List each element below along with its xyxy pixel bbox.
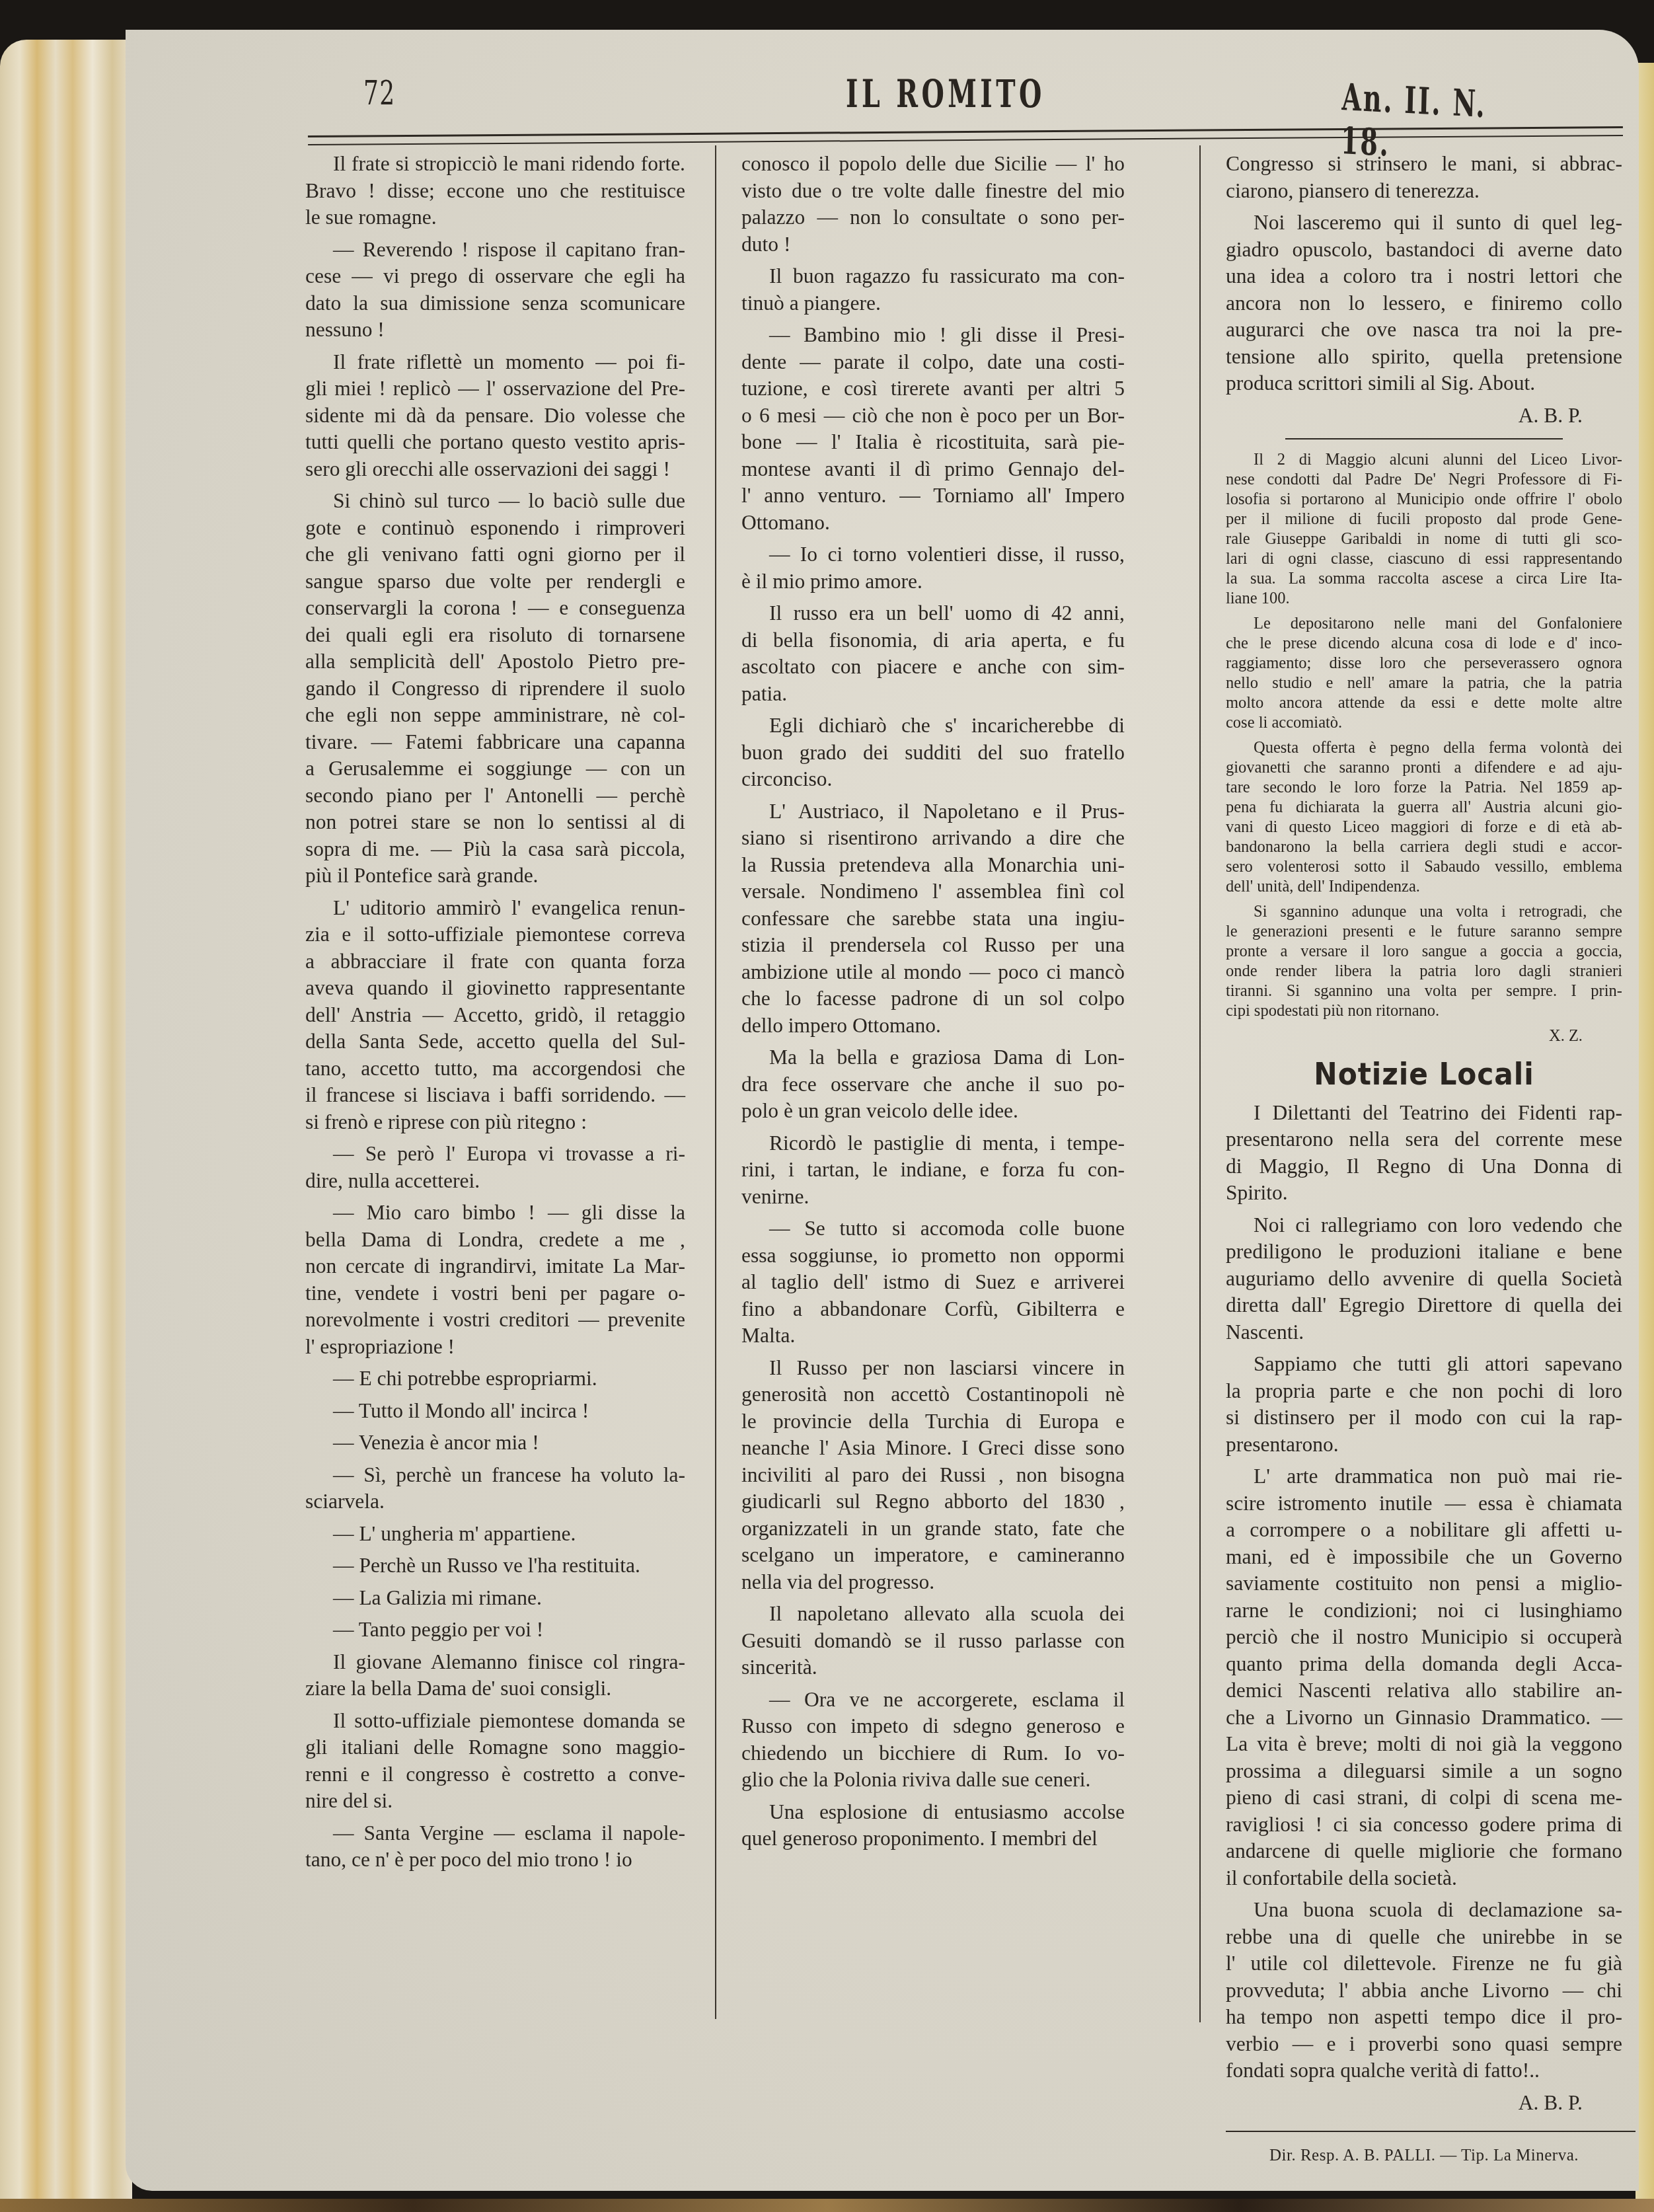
text-line: scire istromento inutile — essa è chiama… (1226, 1490, 1622, 1517)
text-line: al taglio dell' istmo di Suez e arrivere… (741, 1269, 1125, 1296)
text-line: raggiamento; disse loro che perseverasse… (1226, 654, 1622, 673)
paragraph: Il sotto-uffiziale piemontese domanda se… (305, 1708, 685, 1815)
text-line: ciarono, piansero di tenerezza. (1226, 178, 1622, 205)
text-line: liane 100. (1226, 589, 1622, 609)
text-line: bandonarono la bella carriera degli stud… (1226, 837, 1622, 857)
paragraph: Noi lasceremo qui il sunto di quel leg-g… (1226, 210, 1622, 397)
footer-rule (1226, 2131, 1635, 2132)
text-line: — Santa Vergine — esclama il napole- (305, 1820, 685, 1847)
text-line: gote e continuò esponendo i rimproveri (305, 515, 685, 542)
text-line: presentarono. (1226, 1431, 1622, 1459)
text-line: generosità non accettò Costantinopoli nè (741, 1381, 1125, 1408)
text-line: sincerità. (741, 1654, 1125, 1681)
text-line: Spirito. (1226, 1180, 1622, 1207)
text-line: — Bambino mio ! gli disse il Presi- (741, 322, 1125, 349)
text-line: ambizione utile al mondo — poco ci mancò (741, 959, 1125, 986)
masthead: 72 IL ROMITO An. II. N. 18. (301, 66, 1609, 119)
paragraph: L' uditorio ammirò l' evangelica renun-z… (305, 895, 685, 1136)
text-line: tuzione, e così tirerete avanti per altr… (741, 375, 1125, 402)
signature: X. Z. (1226, 1026, 1622, 1046)
text-line: produca scrittori simili al Sig. About. (1226, 370, 1622, 397)
text-line: le sue romagne. (305, 204, 685, 231)
text-line: nire del si. (305, 1788, 685, 1815)
text-line: Malta. (741, 1322, 1125, 1350)
paragraph: Egli dichiarò che s' incaricherebbe dibu… (741, 712, 1125, 793)
paragraph: L' arte drammatica non può mai rie-scire… (1226, 1463, 1622, 1891)
paragraph: Congresso si strinsero le mani, si abbra… (1226, 151, 1622, 204)
text-line: presentarono nella sera del corrente mes… (1226, 1126, 1622, 1153)
text-line: rarne le condizioni; noi ci lusinghiamo (1226, 1597, 1622, 1624)
text-line: ancora non lo lessero, e finiremo collo (1226, 290, 1622, 317)
text-line: dente — parate il colpo, date una costi- (741, 349, 1125, 376)
paragraph: Il frate riflettè un momento — poi fi-gl… (305, 349, 685, 483)
text-line: chiedendo un bicchiere di Rum. Io vo- (741, 1740, 1125, 1767)
text-line: — L' ungheria m' appartiene. (305, 1521, 685, 1548)
text-line: L' uditorio ammirò l' evangelica renun- (305, 895, 685, 922)
text-line: dei quali egli era risoluto di tornarsen… (305, 622, 685, 649)
signature: A. B. P. (1226, 2090, 1622, 2117)
text-line: il francese si lisciava i baffi sorriden… (305, 1082, 685, 1109)
text-line: Egli dichiarò che s' incaricherebbe di (741, 712, 1125, 740)
text-line: le generazioni presenti e le future sara… (1226, 922, 1622, 942)
text-line: visto due o tre volte dalle finestre del… (741, 178, 1125, 205)
text-line: losofia si portarono al Municipio onde o… (1226, 490, 1622, 510)
text-line: aveva quando il giovinetto rappresentant… (305, 975, 685, 1002)
text-line: che lo facesse padrone di un sol colpo (741, 985, 1125, 1012)
text-line: sidente mi dà da pensare. Dio volesse ch… (305, 402, 685, 430)
text-line: renni e il congresso è costretto a conve… (305, 1761, 685, 1788)
text-line: tano, ce n' è per poco del mio trono ! i… (305, 1847, 685, 1874)
text-line: non potrei stare se non lo sentissi al d… (305, 809, 685, 836)
paragraph: Il buon ragazzo fu rassicurato ma con-ti… (741, 263, 1125, 317)
text-line: Il 2 di Maggio alcuni alunni del Liceo L… (1226, 450, 1622, 470)
text-line: — La Galizia mi rimane. (305, 1585, 685, 1612)
text-line: Sappiamo che tutti gli attori sapevano (1226, 1351, 1622, 1378)
text-line: dra fece osservare che anche il suo po- (741, 1071, 1125, 1098)
text-line: Si chinò sul turco — lo baciò sulle due (305, 488, 685, 515)
paragraph: — L' ungheria m' appartiene. (305, 1521, 685, 1548)
text-line: onde render libera la patria loro dagli … (1226, 962, 1622, 981)
column-left: Il frate si stropicciò le mani ridendo f… (305, 151, 685, 1879)
paragraph: — La Galizia mi rimane. (305, 1585, 685, 1612)
text-line: Noi ci rallegriamo con loro vedendo che (1226, 1212, 1622, 1239)
text-line: Una esplosione di entusiasmo accolse (741, 1799, 1125, 1826)
text-line: a corrompere o a nobilitare gli affetti … (1226, 1517, 1622, 1544)
text-line: l' anno venturo. — Torniamo all' Impero (741, 482, 1125, 510)
text-line: gli italiani delle Romagne sono maggio- (305, 1734, 685, 1761)
text-line: di Maggio, Il Regno di Una Donna di (1226, 1153, 1622, 1180)
text-line: nello studio e nell' amare la patria, ch… (1226, 673, 1622, 693)
text-line: diretta dall' Egregio Direttore di quell… (1226, 1292, 1622, 1319)
text-line: — Io ci torno volentieri disse, il russo… (741, 541, 1125, 568)
text-line: Il sotto-uffiziale piemontese domanda se (305, 1708, 685, 1735)
text-line: gando il Congresso di riprendere il suol… (305, 675, 685, 703)
text-line: palazzo — non lo consultate o sono per- (741, 204, 1125, 231)
text-line: cose li accomiatò. (1226, 713, 1622, 733)
text-line: Il napoletano allevato alla scuola dei (741, 1601, 1125, 1628)
text-line: sciarvela. (305, 1488, 685, 1515)
text-line: ascoltato con piacere e anche con sim- (741, 654, 1125, 681)
paragraph: Una buona scuola di declamazione sa-rebb… (1226, 1897, 1622, 2084)
paragraph: — Mio caro bimbo ! — gli disse labella D… (305, 1200, 685, 1360)
text-line: dell' unità, dell' Indipendenza. (1226, 877, 1622, 897)
text-line: — E chi potrebbe espropriarmi. (305, 1365, 685, 1392)
text-line: — Se però l' Europa vi trovasse a ri- (305, 1141, 685, 1168)
column-right: Congresso si strinsero le mani, si abbra… (1226, 151, 1622, 2170)
text-line: Bravo ! disse; eccone uno che restituisc… (305, 178, 685, 205)
text-line: perciò che il nostro Municipio si occupe… (1226, 1624, 1622, 1651)
text-line: Ma la bella e graziosa Dama di Lon- (741, 1044, 1125, 1071)
book-page-edges (0, 40, 132, 2207)
text-line: la Russia pretendeva alla Monarchia uni- (741, 852, 1125, 879)
text-line: vani di questo Liceo maggiori di forze e… (1226, 818, 1622, 837)
text-line: conservargli la corona ! — e conseguenza (305, 595, 685, 622)
text-line: Il giovane Alemanno finisce col ringra- (305, 1649, 685, 1676)
text-line: — Ora ve ne accorgerete, esclama il (741, 1687, 1125, 1714)
text-line: tano, accetto tutto, ma accorgendosi che (305, 1055, 685, 1083)
text-line: la sua. La somma raccolta ascese a circa… (1226, 569, 1622, 589)
text-line: buon grado dei sudditi del suo fratello (741, 740, 1125, 767)
text-line: che le prese dicendo alcuna cosa di lode… (1226, 634, 1622, 654)
article-local-news: I Dilettanti del Teatrino dei Fidenti ra… (1226, 1100, 1622, 2084)
text-line: che a Livorno un Ginnasio Drammatico. — (1226, 1704, 1622, 1732)
paragraph: Si chinò sul turco — lo baciò sulle dueg… (305, 488, 685, 890)
text-line: la propria parte e che non pochi di loro (1226, 1378, 1622, 1405)
text-line: — Sì, perchè un francese ha voluto la- (305, 1462, 685, 1489)
text-line: Russo con impeto di sdegno generoso e (741, 1713, 1125, 1740)
text-line: giovanetti che saranno pronti a difender… (1226, 758, 1622, 778)
text-line: I Dilettanti del Teatrino dei Fidenti ra… (1226, 1100, 1622, 1127)
text-line: nese condotti dal Padre De' Negri Profes… (1226, 470, 1622, 490)
text-line: gli miei ! replicò — l' osservazione del… (305, 375, 685, 402)
text-line: prossima a dileguarsi simile a un sogno (1226, 1758, 1622, 1785)
text-line: della Santa Sede, accetto quella del Sul… (305, 1028, 685, 1055)
paragraph: — Tutto il Mondo all' incirca ! (305, 1398, 685, 1425)
text-line: sangue sparso due volte per rendergli e (305, 568, 685, 595)
text-line: si distinsero per il modo con cui la rap… (1226, 1404, 1622, 1431)
paragraph: — Santa Vergine — esclama il napole-tano… (305, 1820, 685, 1874)
text-line: secondo piano per l' Antonelli — perchè (305, 782, 685, 810)
text-line: Il frate riflettè un momento — poi fi- (305, 349, 685, 376)
text-line: dello impero Ottomano. (741, 1012, 1125, 1040)
text-line: rebbe una di quelle che unirebbe in se (1226, 1924, 1622, 1951)
text-line: — Se tutto si accomoda colle buone (741, 1215, 1125, 1242)
text-line: polo è un gran veicolo delle idee. (741, 1098, 1125, 1125)
text-line: saviamente costituito non pensi a miglio… (1226, 1570, 1622, 1597)
text-line: — Perchè un Russo ve l'ha restituita. (305, 1552, 685, 1580)
text-line: organizzateli in un grande stato, fate c… (741, 1515, 1125, 1543)
text-line: tivare. — Fatemi fabbricare una capanna (305, 729, 685, 756)
paragraph: Si sgannino adunque una volta i retrogra… (1226, 902, 1622, 1021)
text-line: augurarci che ove nasca tra noi la pre- (1226, 317, 1622, 344)
text-line: bone — l' Italia è ricostituita, sarà pi… (741, 429, 1125, 456)
paragraph: Il giovane Alemanno finisce col ringra-z… (305, 1649, 685, 1702)
text-line: venirne. (741, 1184, 1125, 1211)
paragraph: — Se tutto si accomoda colle buoneessa s… (741, 1215, 1125, 1350)
text-line: essa soggiunse, io prometto non oppormi (741, 1242, 1125, 1270)
text-line: dire, nulla accetterei. (305, 1168, 685, 1195)
text-line: Il frate si stropicciò le mani ridendo f… (305, 151, 685, 178)
text-line: tinuò a piangere. (741, 290, 1125, 317)
text-line: Ottomano. (741, 510, 1125, 537)
text-line: patia. (741, 681, 1125, 708)
text-line: dato la sua dimissione senza scomunicare (305, 290, 685, 317)
text-line: verbio — e i proverbi sono quasi sempre (1226, 2031, 1622, 2058)
text-line: rale Giuseppe Garibaldi in nome di tutti… (1226, 529, 1622, 549)
column-divider (1199, 145, 1201, 2022)
paragraph: Il russo era un bell' uomo di 42 anni,di… (741, 600, 1125, 707)
text-line: Il buon ragazzo fu rassicurato ma con- (741, 263, 1125, 290)
paragraph: — Ora ve ne accorgerete, esclama ilRusso… (741, 1687, 1125, 1794)
text-line: per il milione di fucili proposto dal pr… (1226, 510, 1622, 529)
text-line: — Tanto peggio per voi ! (305, 1617, 685, 1644)
paragraph: — Sì, perchè un francese ha voluto la-sc… (305, 1462, 685, 1515)
column-middle: conosco il popolo delle due Sicilie — l'… (741, 151, 1125, 1858)
text-line: a abbracciare il frate con quanta forza (305, 948, 685, 975)
paragraph: — Tanto peggio per voi ! (305, 1617, 685, 1644)
text-line: Noi lasceremo qui il sunto di quel leg- (1226, 210, 1622, 237)
paragraph: Le depositarono nelle mani del Gonfaloni… (1226, 614, 1622, 733)
text-line: — Mio caro bimbo ! — gli disse la (305, 1200, 685, 1227)
text-line: L' arte drammatica non può mai rie- (1226, 1463, 1622, 1490)
text-line: fondati sopra qualche verità di fatto!.. (1226, 2057, 1622, 2084)
text-line: — Reverendo ! rispose il capitano fran- (305, 237, 685, 264)
text-line: più il Pontefice sarà grande. (305, 862, 685, 890)
text-line: si frenò e riprese con più ritegno : (305, 1109, 685, 1136)
text-line: montese avanti il dì primo Gennajo del- (741, 456, 1125, 483)
text-line: Le depositarono nelle mani del Gonfaloni… (1226, 614, 1622, 634)
paragraph: Il 2 di Maggio alcuni alunni del Liceo L… (1226, 450, 1622, 609)
text-line: prediligono le produzioni italiane e ben… (1226, 1239, 1622, 1266)
article-continuation: Congresso si strinsero le mani, si abbra… (1226, 151, 1622, 397)
paragraph: Ricordò le pastiglie di menta, i tempe-r… (741, 1130, 1125, 1211)
paragraph: I Dilettanti del Teatrino dei Fidenti ra… (1226, 1100, 1622, 1207)
text-line: cipi spodestati più non ritornano. (1226, 1001, 1622, 1021)
text-line: che egli non seppe amministrare, nè col- (305, 702, 685, 729)
text-line: tare secondo le loro forze la Patria. Ne… (1226, 778, 1622, 798)
text-line: Nascenti. (1226, 1319, 1622, 1346)
paragraph: — Venezia è ancor mia ! (305, 1430, 685, 1457)
signature: A. B. P. (1226, 402, 1622, 430)
text-line: rini, i tartan, le indiane, e forza fu c… (741, 1157, 1125, 1184)
text-line: le provincie della Turchia di Europa e (741, 1408, 1125, 1435)
paragraph: Noi ci rallegriamo con loro vedendo chep… (1226, 1212, 1622, 1346)
text-line: tiranni. Si sgannino una volta per sempr… (1226, 981, 1622, 1001)
text-line: molto ancora attende da essi e dette mol… (1226, 693, 1622, 713)
text-line: — Venezia è ancor mia ! (305, 1430, 685, 1457)
paragraph: Questa offerta è pegno della ferma volon… (1226, 738, 1622, 897)
paragraph: Il Russo per non lasciarsi vincere ingen… (741, 1355, 1125, 1596)
paragraph: — Perchè un Russo ve l'ha restituita. (305, 1552, 685, 1580)
text-line: tine, vendete i vostri beni per pagare o… (305, 1280, 685, 1307)
paragraph: — Reverendo ! rispose il capitano fran-c… (305, 237, 685, 344)
text-line: Si sgannino adunque una volta i retrogra… (1226, 902, 1622, 922)
text-line: Il russo era un bell' uomo di 42 anni, (741, 600, 1125, 627)
paragraph: conosco il popolo delle due Sicilie — l'… (741, 151, 1125, 258)
text-line: confessare che sarebbe stata una ingiu- (741, 905, 1125, 933)
text-line: zia e il sotto-uffiziale piemontese corr… (305, 921, 685, 948)
text-line: l' utile col dilettevole. Firenze ne fu … (1226, 1950, 1622, 1977)
text-line: scelgano un imperatore, e camineranno (741, 1542, 1125, 1569)
article-liceo-offering: Il 2 di Maggio alcuni alunni del Liceo L… (1226, 450, 1622, 1021)
text-line: sopra di me. — Più la casa sarà piccola, (305, 836, 685, 863)
text-line: tutti quelli che portano questo vestito … (305, 429, 685, 456)
text-line: o 6 mesi — ciò che non è poco per un Bor… (741, 402, 1125, 430)
text-line: giadro opuscolo, bastandoci di averne da… (1226, 237, 1622, 264)
section-separator (1285, 438, 1563, 439)
text-line: Gesuiti domandò se il russo parlasse con (741, 1628, 1125, 1655)
text-line: Ricordò le pastiglie di menta, i tempe- (741, 1130, 1125, 1157)
section-heading: Notizie Locali (1242, 1061, 1606, 1088)
text-line: andarcene di quelle migliorie che forman… (1226, 1838, 1622, 1865)
text-line: l' espropriazione ! (305, 1334, 685, 1361)
text-line: Questa offerta è pegno della ferma volon… (1226, 738, 1622, 758)
newspaper-title: IL ROMITO (846, 71, 1045, 116)
text-line: La vita è breve; molti di noi già la veg… (1226, 1731, 1622, 1758)
text-line: che gli venivano fatti ogni giorno per i… (305, 541, 685, 568)
paragraph: Il napoletano allevato alla scuola deiGe… (741, 1601, 1125, 1681)
text-line: ha tempo non aspetti tempo dice il pro- (1226, 2004, 1622, 2031)
text-line: stizia il prendersela col Russo per una (741, 932, 1125, 959)
paragraph: — Bambino mio ! gli disse il Presi-dente… (741, 322, 1125, 536)
text-line: demici Nascenti relativa allo stabilire … (1226, 1677, 1622, 1704)
text-line: glio che la Polonia riviva dalle sue cen… (741, 1767, 1125, 1794)
text-line: nella via del progresso. (741, 1569, 1125, 1596)
text-line: pena fu dichiarata la guerra all' Austri… (1226, 798, 1622, 818)
text-line: auguriamo dello avvenire di quella Socie… (1226, 1266, 1622, 1293)
text-line: circonciso. (741, 766, 1125, 793)
paragraph: L' Austriaco, il Napoletano e il Prus-si… (741, 798, 1125, 1040)
text-line: inciviliti al paro dei Russi , non bisog… (741, 1462, 1125, 1489)
text-line: versale. Nondimeno l' assemblea finì col (741, 878, 1125, 905)
text-line: sero gli orecchi alle osservazioni dei s… (305, 456, 685, 483)
text-line: Congresso si strinsero le mani, si abbra… (1226, 151, 1622, 178)
text-line: alla semplicità dell' Apostolo Pietro pr… (305, 648, 685, 675)
text-line: norevolmente i vostri creditori — preven… (305, 1307, 685, 1334)
text-line: fino a abbandonare Corfù, Gibilterra e (741, 1296, 1125, 1323)
paragraph: Una esplosione di entusiasmo accolsequel… (741, 1799, 1125, 1852)
text-line: tensione allo spirito, quella pretension… (1226, 344, 1622, 371)
text-line: non cercate di ingrandirvi, imitate La M… (305, 1253, 685, 1280)
text-line: conosco il popolo delle due Sicilie — l'… (741, 151, 1125, 178)
paragraph: — Se però l' Europa vi trovasse a ri-dir… (305, 1141, 685, 1194)
text-line: Il Russo per non lasciarsi vincere in (741, 1355, 1125, 1382)
text-line: pieno di casi strani, di colpi di scena … (1226, 1784, 1622, 1812)
imprint: Dir. Resp. A. B. PALLI. — Tip. La Minerv… (1226, 2143, 1622, 2170)
paragraph: Il frate si stropicciò le mani ridendo f… (305, 151, 685, 231)
text-line: provveduta; l' abbia anche Livorno — chi (1226, 1977, 1622, 2004)
text-line: dell' Anstria — Accetto, gridò, il retag… (305, 1002, 685, 1029)
paragraph: Ma la bella e graziosa Dama di Lon-dra f… (741, 1044, 1125, 1125)
text-line: mani, ed è impossibile che un Governo (1226, 1544, 1622, 1571)
text-line: duto ! (741, 231, 1125, 258)
text-line: Una buona scuola di declamazione sa- (1226, 1897, 1622, 1924)
text-line: sero volenterosi sotto il Sabaudo vessil… (1226, 857, 1622, 877)
text-line: giudicarli sul Regno abborto del 1830 , (741, 1488, 1125, 1515)
paragraph: Sappiamo che tutti gli attori sapevanola… (1226, 1351, 1622, 1458)
page-number: 72 (363, 74, 396, 112)
paragraph: — E chi potrebbe espropriarmi. (305, 1365, 685, 1392)
text-line: di bella fisonomia, di aria aperta, e fu (741, 627, 1125, 654)
text-line: quanto prima della domanda degli Acca- (1226, 1651, 1622, 1678)
text-line: il confortabile della società. (1226, 1865, 1622, 1892)
text-line: siano si risentirono arrivando a dire ch… (741, 825, 1125, 852)
text-line: ravigliosi ! ci sia concesso godere prim… (1226, 1812, 1622, 1839)
text-line: lari di ogni classe, ciascuno di essi ra… (1226, 549, 1622, 569)
text-line: neanche l' Asia Minore. I Greci disse so… (741, 1435, 1125, 1462)
text-line: pronte a versare il loro sangue a goccia… (1226, 942, 1622, 962)
text-line: — Tutto il Mondo all' incirca ! (305, 1398, 685, 1425)
text-line: quel generoso proponimento. I membri del (741, 1825, 1125, 1852)
text-line: a Gerusalemme ei soggiunge — con un (305, 755, 685, 782)
text-line: L' Austriaco, il Napoletano e il Prus- (741, 798, 1125, 825)
text-line: bella Dama di Londra, credete a me , (305, 1227, 685, 1254)
text-line: una idea a coloro tra i nostri lettori c… (1226, 263, 1622, 290)
text-line: nessuno ! (305, 317, 685, 344)
paragraph: — Io ci torno volentieri disse, il russo… (741, 541, 1125, 595)
table-surface (0, 2199, 1654, 2212)
text-line: è il mio primo amore. (741, 568, 1125, 595)
text-line: cese — vi prego di osservare che egli ha (305, 263, 685, 290)
text-line: ziare la bella Dama de' suoi consigli. (305, 1675, 685, 1702)
column-divider (715, 145, 716, 2019)
